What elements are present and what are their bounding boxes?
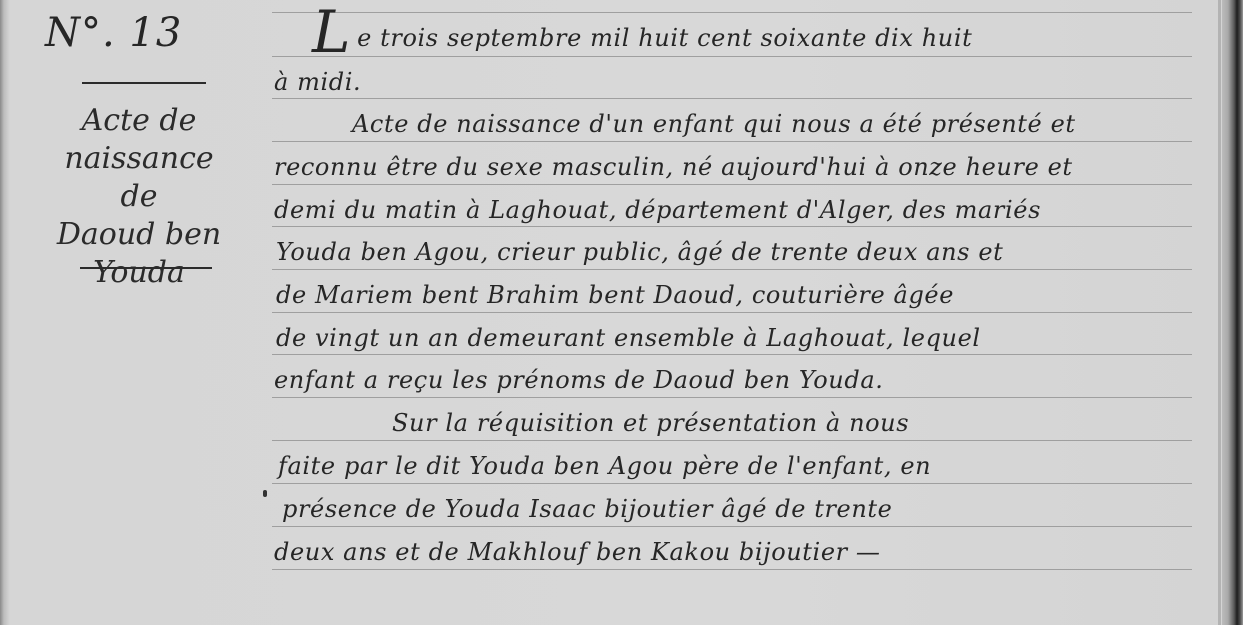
ruled-line <box>272 269 1192 270</box>
body-line-7: de Mariem bent Brahim bent Daoud, coutur… <box>276 281 1211 309</box>
margin-title-line2: de <box>8 178 270 216</box>
margin-title-line3: Daoud ben Youda <box>8 216 270 292</box>
ruled-line <box>272 397 1192 398</box>
ruled-line <box>272 12 1192 13</box>
ruled-line <box>272 483 1192 484</box>
ruled-line <box>272 226 1192 227</box>
margin-title: Acte de naissance de Daoud ben Youda <box>8 102 270 292</box>
ink-mark <box>263 490 267 497</box>
dropcap: L <box>312 0 351 66</box>
page-edge <box>1218 0 1221 625</box>
entry-body: Le trois septembre mil huit cent soixant… <box>272 0 1218 625</box>
body-line-2: à midi. <box>274 68 1209 96</box>
margin-rule-top <box>82 82 206 84</box>
ruled-line <box>272 440 1192 441</box>
entry-number: N°. 13 <box>45 10 225 56</box>
body-line-9: enfant a reçu les prénoms de Daoud ben Y… <box>274 366 1209 394</box>
body-line-1-text: e trois septembre mil huit cent soixante… <box>357 24 972 52</box>
body-line-5: demi du matin à Laghouat, département d'… <box>274 196 1209 224</box>
body-line-13: deux ans et de Makhlouf ben Kakou bijout… <box>274 538 1209 566</box>
ruled-line <box>272 312 1192 313</box>
body-line-8: de vingt un an demeurant ensemble à Lagh… <box>276 324 1211 352</box>
book-binding-shadow <box>1222 0 1243 625</box>
ruled-line <box>272 354 1192 355</box>
margin-column: N°. 13 Acte de naissance de Daoud ben Yo… <box>0 0 272 625</box>
body-line-1: Le trois septembre mil huit cent soixant… <box>312 24 1243 52</box>
ruled-line <box>272 98 1192 99</box>
ruled-line <box>272 526 1192 527</box>
body-line-4: reconnu être du sexe masculin, né aujour… <box>274 153 1209 181</box>
ruled-line <box>272 569 1192 570</box>
body-line-6: Youda ben Agou, crieur public, âgé de tr… <box>276 238 1211 266</box>
body-line-10: Sur la réquisition et présentation à nou… <box>392 409 1243 437</box>
ruled-line <box>272 141 1192 142</box>
margin-rule-bottom <box>80 267 212 269</box>
ruled-line <box>272 56 1192 57</box>
body-line-11: faite par le dit Youda ben Agou père de … <box>278 452 1213 480</box>
body-line-12: présence de Youda Isaac bijoutier âgé de… <box>282 495 1217 523</box>
register-page: N°. 13 Acte de naissance de Daoud ben Yo… <box>0 0 1243 625</box>
ruled-line <box>272 184 1192 185</box>
margin-title-line1: Acte de naissance <box>8 102 270 178</box>
body-line-3: Acte de naissance d'un enfant qui nous a… <box>352 110 1243 138</box>
